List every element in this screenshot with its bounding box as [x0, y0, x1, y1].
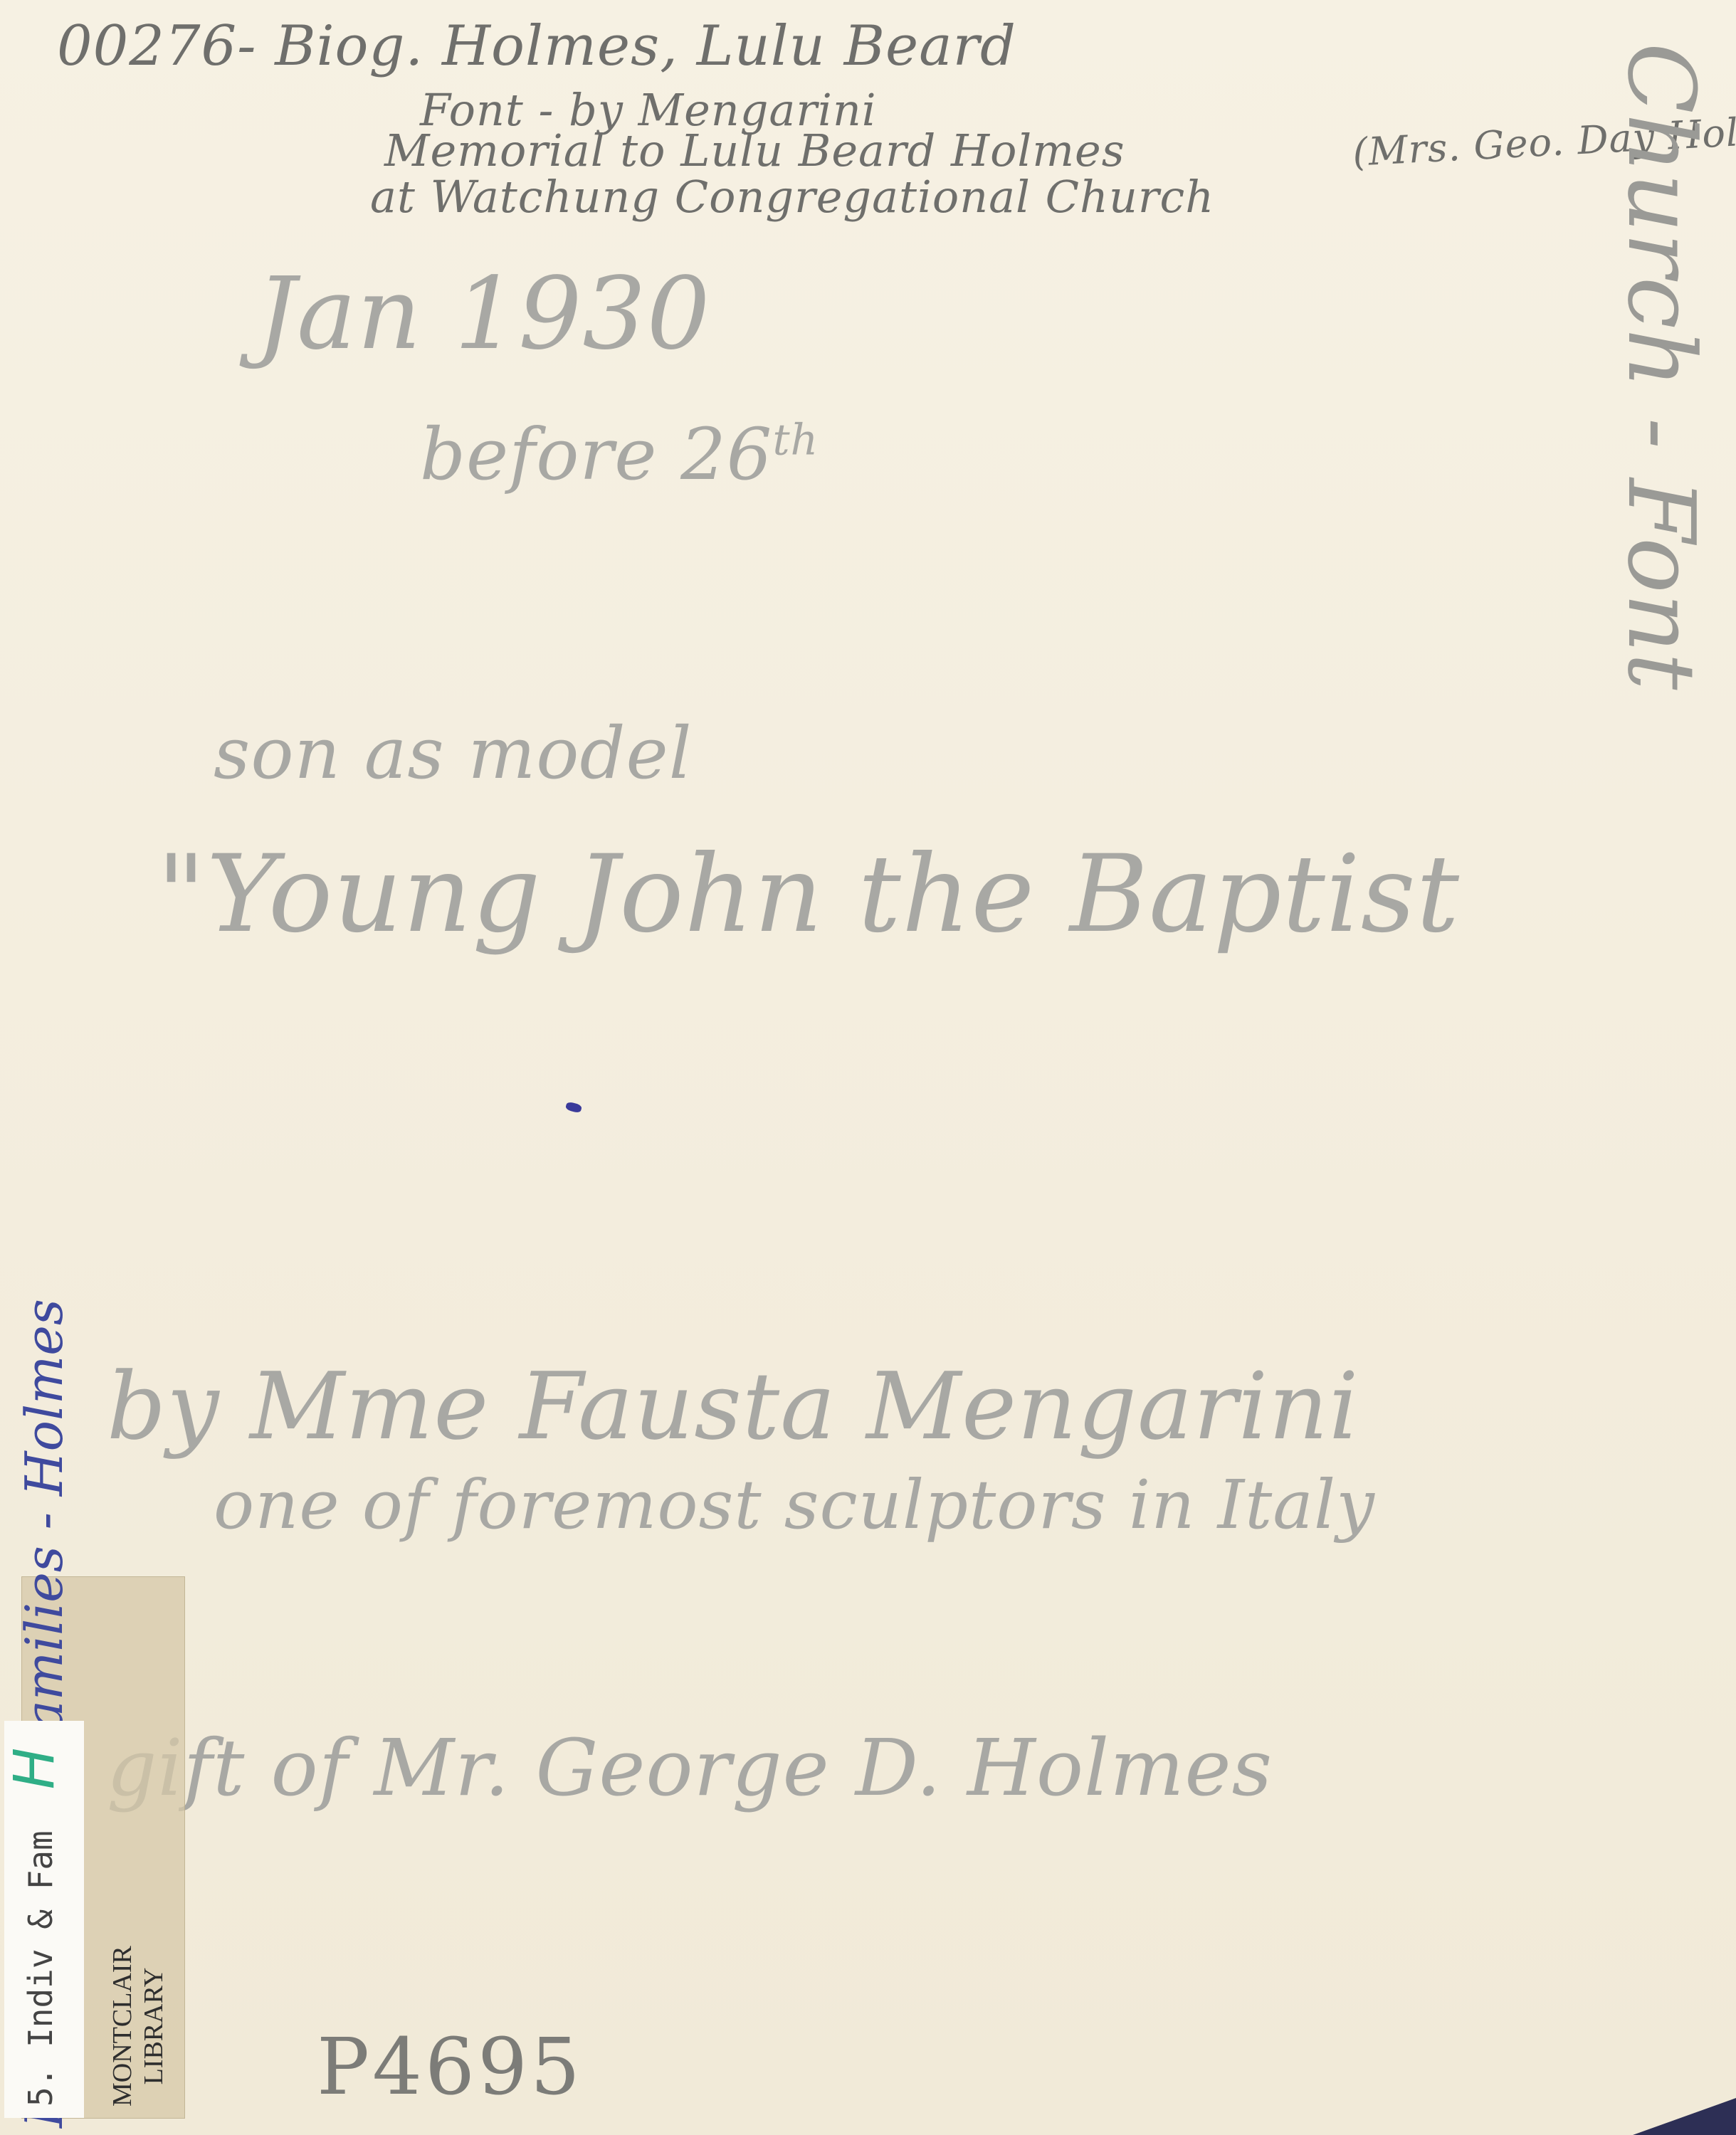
artist-line: by Mme Fausta Mengarini [107, 1352, 1359, 1460]
stamp-line-1: MONTCLAIR [107, 1946, 138, 2107]
catalog-line: 00276- Biog. Holmes, Lulu Beard [57, 14, 1016, 78]
right-margin-vertical-note: Church - Font [1607, 43, 1715, 690]
gift-line: gift of Mr. George D. Holmes [107, 1722, 1273, 1813]
sculpture-title-line: "Young John the Baptist [157, 833, 1460, 956]
son-as-model-line: son as model [214, 712, 693, 795]
photo-number: P4695 [317, 2021, 583, 2112]
sculptor-description-line: one of foremost sculptors in Italy [214, 1466, 1375, 1544]
stamp-line-2: LIBRARY [138, 1946, 169, 2107]
scan-background-corner [1633, 2098, 1736, 2135]
before-suffix: th [772, 416, 819, 465]
date-line: Jan 1930 [256, 256, 711, 372]
memorial-line: Memorial to Lulu Beard Holmes [384, 125, 1125, 176]
church-line: at Watchung Congregational Church [370, 171, 1214, 223]
library-stamp: MONTCLAIR LIBRARY [107, 1946, 169, 2107]
category-label-text: 5. Indiv & Fam [21, 1830, 60, 2107]
before-line: before 26th [420, 413, 819, 496]
green-marker-mark: H [3, 1748, 67, 1790]
before-text: before 26 [420, 413, 772, 496]
